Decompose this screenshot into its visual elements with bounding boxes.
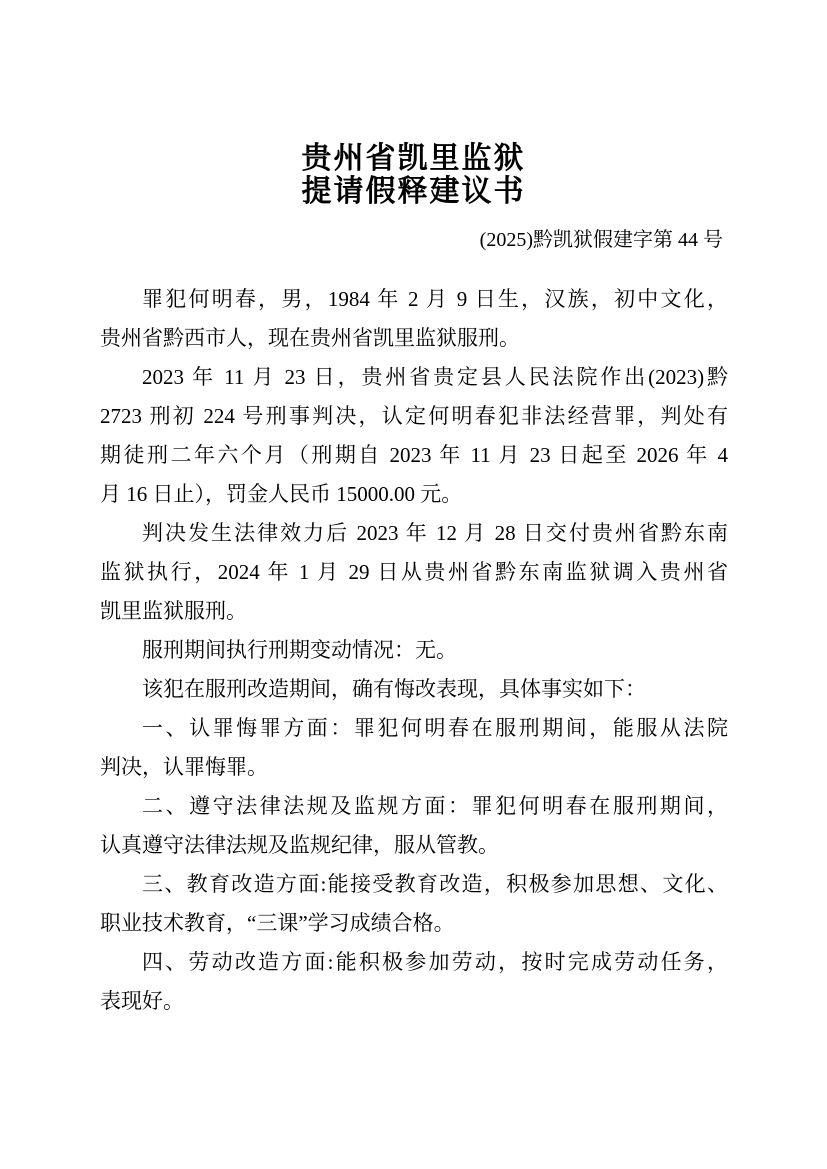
text-line: 2723 刑初 224 号刑事判决，认定何明春犯非法经营罪，判处有 bbox=[100, 397, 728, 436]
paragraph: 服刑期间执行刑期变动情况：无。 bbox=[100, 631, 728, 670]
document-page: 贵州省凯里监狱 提请假释建议书 (2025)黔凯狱假建字第 44 号 罪犯何明春… bbox=[0, 0, 827, 1169]
paragraph: 该犯在服刑改造期间，确有悔改表现，具体事实如下： bbox=[100, 670, 728, 709]
text-line: 一、认罪悔罪方面：罪犯何明春在服刑期间，能服从法院 bbox=[100, 709, 728, 748]
title-line-2: 提请假释建议书 bbox=[0, 175, 827, 208]
paragraph: 判决发生法律效力后 2023 年 12 月 28 日交付贵州省黔东南监狱执行，2… bbox=[100, 514, 728, 631]
text-line: 服刑期间执行刑期变动情况：无。 bbox=[100, 631, 728, 670]
text-line: 认真遵守法律法规及监规纪律，服从管教。 bbox=[100, 826, 728, 865]
paragraph: 四、劳动改造方面:能积极参加劳动，按时完成劳动任务，表现好。 bbox=[100, 943, 728, 1021]
paragraph: 罪犯何明春，男，1984 年 2 月 9 日生，汉族，初中文化，贵州省黔西市人，… bbox=[100, 280, 728, 358]
text-line: 三、教育改造方面:能接受教育改造，积极参加思想、文化、 bbox=[100, 865, 728, 904]
text-line: 职业技术教育，“三课”学习成绩合格。 bbox=[100, 904, 728, 943]
paragraph: 三、教育改造方面:能接受教育改造，积极参加思想、文化、职业技术教育，“三课”学习… bbox=[100, 865, 728, 943]
text-line: 判决发生法律效力后 2023 年 12 月 28 日交付贵州省黔东南 bbox=[100, 514, 728, 553]
document-number: (2025)黔凯狱假建字第 44 号 bbox=[480, 227, 723, 253]
text-line: 2023 年 11 月 23 日，贵州省贵定县人民法院作出(2023)黔 bbox=[100, 358, 728, 397]
text-line: 监狱执行，2024 年 1 月 29 日从贵州省黔东南监狱调入贵州省 bbox=[100, 553, 728, 592]
text-line: 凯里监狱服刑。 bbox=[100, 592, 728, 631]
text-line: 判决，认罪悔罪。 bbox=[100, 748, 728, 787]
text-line: 贵州省黔西市人，现在贵州省凯里监狱服刑。 bbox=[100, 319, 728, 358]
text-line: 月 16 日止），罚金人民币 15000.00 元。 bbox=[100, 475, 728, 514]
text-line: 期徒刑二年六个月（刑期自 2023 年 11 月 23 日起至 2026 年 4 bbox=[100, 436, 728, 475]
document-title: 贵州省凯里监狱 提请假释建议书 bbox=[0, 142, 827, 208]
text-line: 四、劳动改造方面:能积极参加劳动，按时完成劳动任务， bbox=[100, 943, 728, 982]
text-line: 该犯在服刑改造期间，确有悔改表现，具体事实如下： bbox=[100, 670, 728, 709]
paragraph: 一、认罪悔罪方面：罪犯何明春在服刑期间，能服从法院判决，认罪悔罪。 bbox=[100, 709, 728, 787]
title-line-1: 贵州省凯里监狱 bbox=[0, 142, 827, 175]
text-line: 二、遵守法律法规及监规方面：罪犯何明春在服刑期间， bbox=[100, 787, 728, 826]
document-body: 罪犯何明春，男，1984 年 2 月 9 日生，汉族，初中文化，贵州省黔西市人，… bbox=[100, 280, 728, 1021]
paragraph: 2023 年 11 月 23 日，贵州省贵定县人民法院作出(2023)黔2723… bbox=[100, 358, 728, 514]
text-line: 表现好。 bbox=[100, 982, 728, 1021]
text-line: 罪犯何明春，男，1984 年 2 月 9 日生，汉族，初中文化， bbox=[100, 280, 728, 319]
paragraph: 二、遵守法律法规及监规方面：罪犯何明春在服刑期间，认真遵守法律法规及监规纪律，服… bbox=[100, 787, 728, 865]
